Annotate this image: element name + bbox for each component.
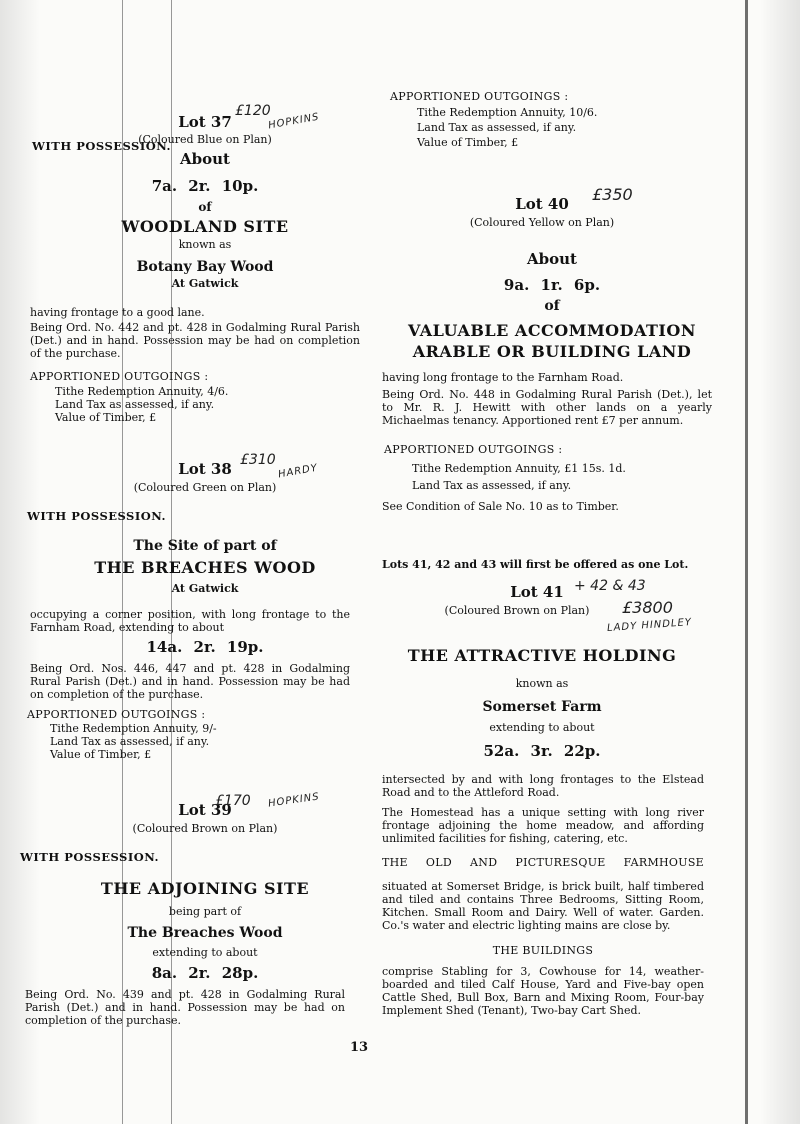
lot41-buyer-annotation: LADY HINDLEY: [607, 617, 693, 634]
lot37-outgoings-list: Tithe Redemption Annuity, 4/6. Land Tax …: [35, 385, 228, 424]
lot39-extending: extending to about: [30, 946, 380, 959]
lot41-heading: THE ATTRACTIVE HOLDING: [382, 646, 702, 665]
lot38-possession: WITH POSSESSION.: [27, 509, 166, 523]
lot39-description: Being Ord. No. 439 and pt. 428 in Godalm…: [25, 988, 345, 1027]
lot40-description: Being Ord. No. 448 in Godalming Rural Pa…: [382, 388, 712, 427]
lot40-heading1: VALUABLE ACCOMMODATION: [382, 321, 722, 340]
combined-lots-note: Lots 41, 42 and 43 will first be offered…: [382, 558, 688, 571]
lot41-extending: extending to about: [382, 721, 702, 734]
lot38-plan: (Coloured Green on Plan): [30, 481, 380, 494]
lot37-of: of: [30, 200, 380, 214]
lot37-outgoings-header: APPORTIONED OUTGOINGS :: [30, 370, 208, 383]
lot41-name: Somerset Farm: [382, 699, 702, 715]
lot39-cont-outgoings-list: Tithe Redemption Annuity, 10/6. Land Tax…: [397, 105, 597, 150]
lot37-heading: WOODLAND SITE: [30, 217, 380, 236]
lot38-description: Being Ord. Nos. 446, 447 and pt. 428 in …: [30, 662, 350, 701]
lot38-heading2: THE BREACHES WOOD: [30, 558, 380, 577]
scan-shadow-right: [760, 0, 800, 1124]
outgoing-item: Land Tax as assessed, if any.: [30, 735, 217, 748]
lot41-farmhouse-header: THE OLD AND PICTURESQUE FARMHOUSE: [382, 856, 704, 869]
lot41-buildings: comprise Stabling for 3, Cowhouse for 14…: [382, 965, 704, 1017]
lot39-being-part: being part of: [30, 905, 380, 918]
lot41-lots-annotation: + 42 & 43: [574, 578, 646, 594]
lot38-location: At Gatwick: [30, 582, 380, 595]
lot41-plan: (Coloured Brown on Plan): [382, 604, 652, 617]
lot37-price-annotation: £120: [235, 103, 271, 119]
lot40-heading2: ARABLE OR BUILDING LAND: [382, 342, 722, 361]
lot41-known-as: known as: [382, 677, 702, 690]
lot37-location: At Gatwick: [30, 277, 380, 290]
lot40-plan: (Coloured Yellow on Plan): [382, 216, 702, 229]
lot38-heading1: The Site of part of: [30, 538, 380, 554]
lot39-area: 8a. 2r. 28p.: [30, 964, 380, 982]
outgoing-item: Tithe Redemption Annuity, 4/6.: [35, 385, 228, 398]
lot38-area: 14a. 2r. 19p.: [30, 638, 380, 656]
lot39-possession: WITH POSSESSION.: [20, 850, 159, 864]
lot37-title: Lot 37: [30, 113, 380, 131]
outgoing-item: Value of Timber, £: [35, 411, 228, 424]
outgoing-item: Land Tax as assessed, if any.: [35, 398, 228, 411]
lot38-title: Lot 38: [30, 460, 380, 478]
lot38-frontage: occupying a corner position, with long f…: [30, 608, 350, 634]
outgoing-item: Land Tax as assessed, if any.: [392, 477, 626, 494]
lot37-known-as: known as: [30, 238, 380, 251]
lot40-outgoings-list: Tithe Redemption Annuity, £1 15s. 1d. La…: [392, 460, 626, 494]
lot40-timber-note: See Condition of Sale No. 10 as to Timbe…: [382, 500, 619, 513]
lot39-heading: THE ADJOINING SITE: [30, 879, 380, 898]
outgoing-item: Value of Timber, £: [397, 135, 597, 150]
lot39-cont-outgoings-header: APPORTIONED OUTGOINGS :: [390, 90, 568, 103]
lot40-frontage: having long frontage to the Farnham Road…: [382, 371, 717, 384]
lot38-outgoings-header: APPORTIONED OUTGOINGS :: [27, 708, 205, 721]
lot41-price-annotation: £3800: [622, 598, 673, 617]
lot38-outgoings-list: Tithe Redemption Annuity, 9/- Land Tax a…: [30, 722, 217, 761]
lot38-price-annotation: £310: [240, 452, 276, 468]
lot39-price-annotation: £170: [215, 793, 251, 809]
binding-edge: [745, 0, 748, 1124]
lot37-frontage: having frontage to a good lane.: [30, 306, 360, 319]
outgoing-item: Land Tax as assessed, if any.: [397, 120, 597, 135]
lot39-title: Lot 39: [30, 801, 380, 819]
lot41-intersected: intersected by and with long frontages t…: [382, 773, 704, 799]
lot41-farmhouse: situated at Somerset Bridge, is brick bu…: [382, 880, 704, 932]
lot40-about: About: [382, 250, 722, 268]
outgoing-item: Tithe Redemption Annuity, 10/6.: [397, 105, 597, 120]
lot40-of: of: [382, 298, 722, 314]
lot37-name: Botany Bay Wood: [30, 259, 380, 275]
outgoing-item: Value of Timber, £: [30, 748, 217, 761]
outgoing-item: Tithe Redemption Annuity, 9/-: [30, 722, 217, 735]
lot37-about: About: [30, 150, 380, 168]
lot41-buildings-header: THE BUILDINGS: [382, 944, 704, 957]
outgoing-item: Tithe Redemption Annuity, £1 15s. 1d.: [392, 460, 626, 477]
lot40-outgoings-header: APPORTIONED OUTGOINGS :: [384, 443, 562, 456]
lot40-area: 9a. 1r. 6p.: [382, 276, 722, 294]
lot40-title: Lot 40: [382, 195, 702, 213]
lot39-name: The Breaches Wood: [30, 925, 380, 941]
lot41-homestead: The Homestead has a unique setting with …: [382, 806, 704, 845]
page-number: 13: [350, 1040, 368, 1055]
lot41-area: 52a. 3r. 22p.: [382, 742, 702, 760]
lot40-price-annotation: £350: [592, 185, 633, 204]
lot37-description: Being Ord. No. 442 and pt. 428 in Godalm…: [30, 321, 360, 360]
lot37-area: 7a. 2r. 10p.: [30, 177, 380, 195]
lot39-plan: (Coloured Brown on Plan): [30, 822, 380, 835]
